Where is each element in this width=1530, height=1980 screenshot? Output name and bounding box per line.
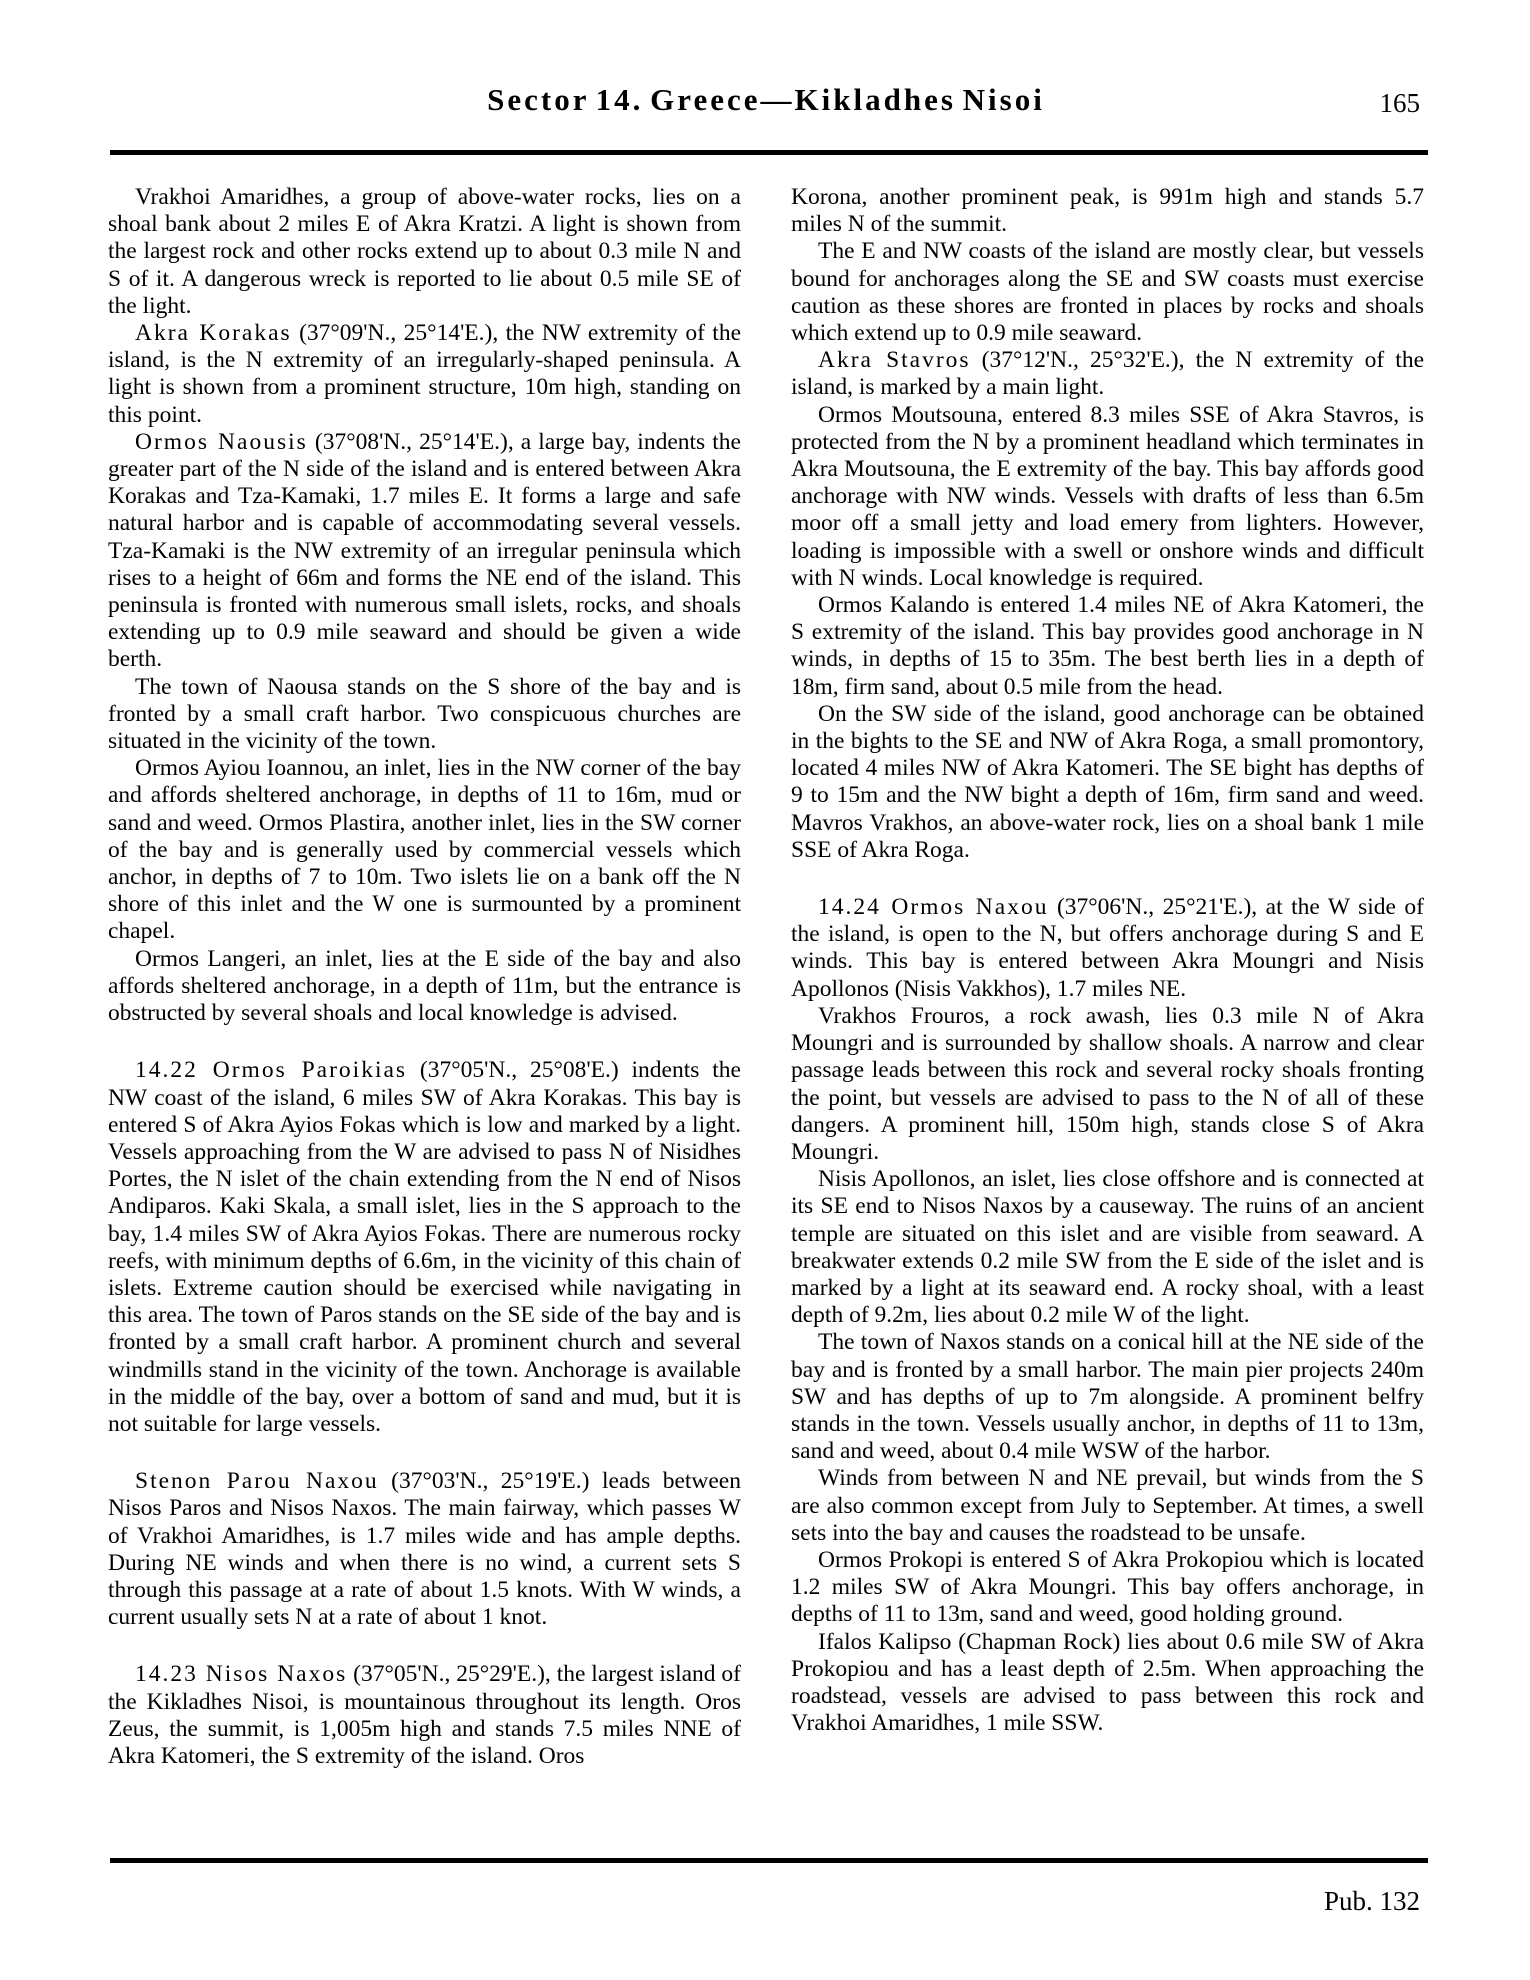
paragraph-text: Ormos Moutsouna, entered 8.3 miles SSE o… bbox=[791, 402, 1424, 591]
paragraph-section-14-22: 14.22 Ormos Paroikias (37°05'N., 25°08'E… bbox=[108, 1057, 741, 1438]
paragraph-text: Korona, another prominent peak, is 991m … bbox=[791, 184, 1424, 237]
paragraph: Korona, another prominent peak, is 991m … bbox=[791, 184, 1424, 238]
paragraph: Ormos Ayiou Ioannou, an inlet, lies in t… bbox=[108, 755, 741, 945]
paragraph-text: The town of Naxos stands on a conical hi… bbox=[791, 1329, 1424, 1464]
paragraph: Stenon Parou Naxou (37°03'N., 25°19'E.) … bbox=[108, 1468, 741, 1631]
paragraph: Nisis Apollonos, an islet, lies close of… bbox=[791, 1166, 1424, 1329]
paragraph-lead: Akra Korakas bbox=[135, 320, 292, 346]
paragraph-text: Ormos Ayiou Ioannou, an inlet, lies in t… bbox=[108, 755, 741, 944]
paragraph-text: Ormos Langeri, an inlet, lies at the E s… bbox=[108, 946, 741, 1026]
paragraph: On the SW side of the island, good ancho… bbox=[791, 701, 1424, 864]
paragraph-section-14-23: 14.23 Nisos Naxos (37°05'N., 25°29'E.), … bbox=[108, 1661, 741, 1770]
paragraph-lead: Ormos Naousis bbox=[135, 429, 308, 455]
paragraph: Winds from between N and NE prevail, but… bbox=[791, 1465, 1424, 1547]
paragraph: The E and NW coasts of the island are mo… bbox=[791, 238, 1424, 347]
paragraph-text: On the SW side of the island, good ancho… bbox=[791, 701, 1424, 863]
document-page: Sector 14. Greece—Kikladhes Nisoi 165 Vr… bbox=[0, 0, 1530, 1980]
paragraph-lead: 14.23 Nisos Naxos bbox=[135, 1661, 347, 1687]
paragraph-text: Ifalos Kalipso (Chapman Rock) lies about… bbox=[791, 1629, 1424, 1737]
paragraph-text: Vrakhos Frouros, a rock awash, lies 0.3 … bbox=[791, 1003, 1424, 1165]
paragraph-lead: 14.22 Ormos Paroikias bbox=[135, 1057, 407, 1083]
paragraph: Ormos Langeri, an inlet, lies at the E s… bbox=[108, 946, 741, 1028]
text-columns: Vrakhoi Amaridhes, a group of above-wate… bbox=[108, 184, 1424, 1770]
paragraph: The town of Naxos stands on a conical hi… bbox=[791, 1329, 1424, 1465]
paragraph: Ormos Moutsouna, entered 8.3 miles SSE o… bbox=[791, 402, 1424, 592]
paragraph: Vrakhos Frouros, a rock awash, lies 0.3 … bbox=[791, 1003, 1424, 1166]
paragraph-section-14-24: 14.24 Ormos Naxou (37°06'N., 25°21'E.), … bbox=[791, 894, 1424, 1003]
paragraph-text: The E and NW coasts of the island are mo… bbox=[791, 238, 1424, 346]
paragraph-text: Winds from between N and NE prevail, but… bbox=[791, 1465, 1424, 1545]
paragraph: Ifalos Kalipso (Chapman Rock) lies about… bbox=[791, 1629, 1424, 1738]
paragraph-lead: 14.24 Ormos Naxou bbox=[818, 894, 1048, 920]
paragraph: Ormos Prokopi is entered S of Akra Proko… bbox=[791, 1547, 1424, 1629]
page-number: 165 bbox=[1380, 88, 1421, 119]
left-column: Vrakhoi Amaridhes, a group of above-wate… bbox=[108, 184, 741, 1770]
paragraph: Vrakhoi Amaridhes, a group of above-wate… bbox=[108, 184, 741, 320]
paragraph-text: Ormos Kalando is entered 1.4 miles NE of… bbox=[791, 592, 1424, 700]
paragraph: Akra Stavros (37°12'N., 25°32'E.), the N… bbox=[791, 347, 1424, 401]
paragraph: Ormos Naousis (37°08'N., 25°14'E.), a la… bbox=[108, 429, 741, 674]
paragraph-lead: Akra Stavros bbox=[818, 347, 971, 373]
paragraph-text: Ormos Prokopi is entered S of Akra Proko… bbox=[791, 1547, 1424, 1627]
footer-rule bbox=[110, 1858, 1428, 1863]
paragraph: The town of Naousa stands on the S shore… bbox=[108, 674, 741, 756]
paragraph-text: (37°05'N., 25°08'E.) indents the NW coas… bbox=[108, 1057, 741, 1437]
paragraph-text: Vrakhoi Amaridhes, a group of above-wate… bbox=[108, 184, 741, 319]
paragraph-text: Nisis Apollonos, an islet, lies close of… bbox=[791, 1166, 1424, 1328]
page-title: Sector 14. Greece—Kikladhes Nisoi bbox=[108, 82, 1424, 118]
paragraph: Akra Korakas (37°09'N., 25°14'E.), the N… bbox=[108, 320, 741, 429]
right-column: Korona, another prominent peak, is 991m … bbox=[791, 184, 1424, 1737]
publication-number: Pub. 132 bbox=[1324, 1886, 1420, 1917]
paragraph-lead: Stenon Parou Naxou bbox=[135, 1468, 379, 1494]
paragraph-text: (37°08'N., 25°14'E.), a large bay, inden… bbox=[108, 429, 741, 673]
paragraph: Ormos Kalando is entered 1.4 miles NE of… bbox=[791, 592, 1424, 701]
paragraph-text: The town of Naousa stands on the S shore… bbox=[108, 674, 741, 754]
header-rule bbox=[110, 150, 1428, 155]
